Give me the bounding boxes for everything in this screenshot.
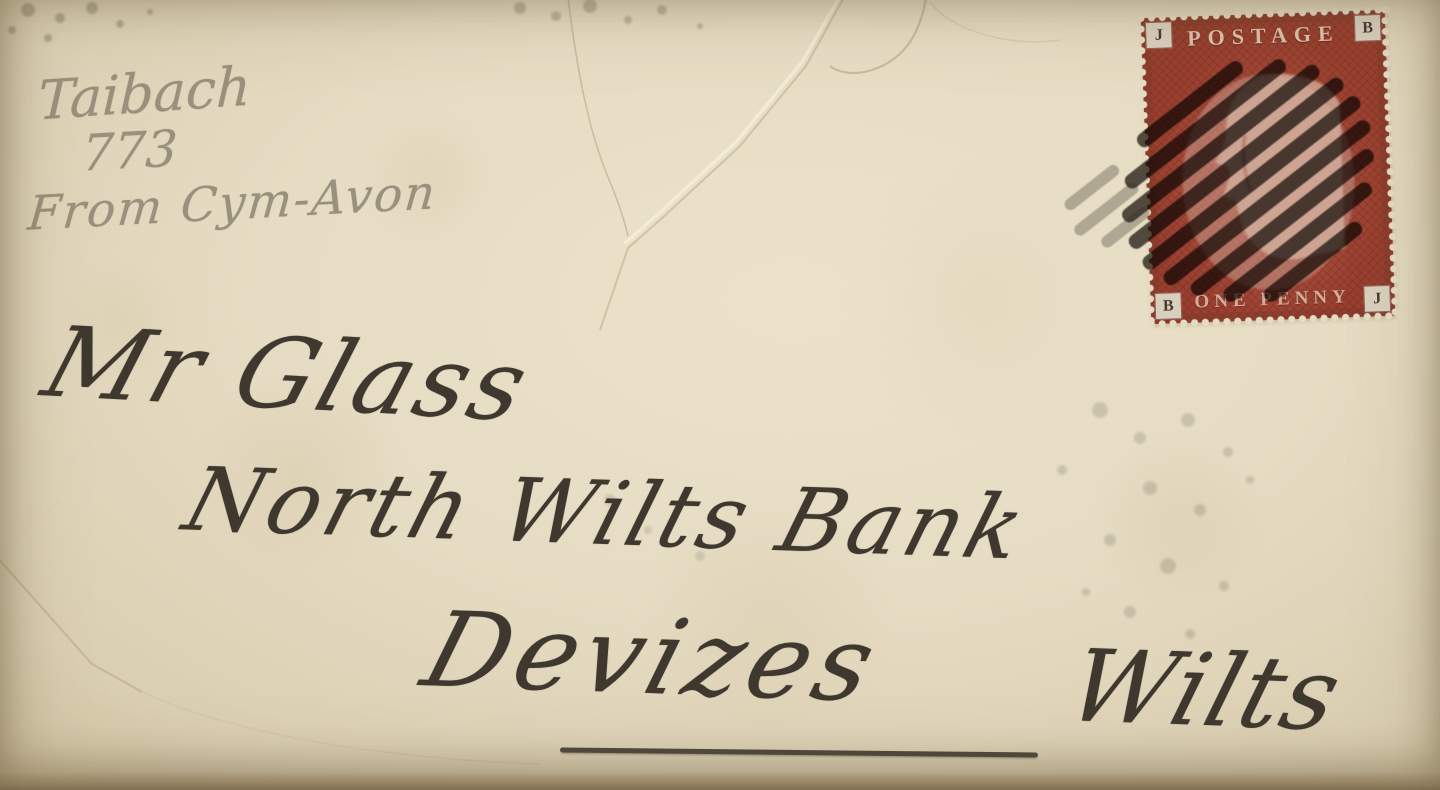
crease-left-edge	[0, 500, 60, 556]
queen-victoria-portrait	[1141, 10, 1396, 324]
smudge-top-centre	[514, 0, 703, 29]
tear-line-2	[930, 2, 1060, 42]
stamp-corner-letter-br: J	[1363, 285, 1391, 313]
address-town: Devizes	[411, 589, 894, 726]
crease-left	[568, 0, 628, 236]
stamp-corner-letter-tl: J	[1145, 21, 1173, 49]
address-recipient: Mr Glass	[31, 306, 544, 443]
crease-highlight	[624, 0, 840, 244]
envelope-bottom-edge	[0, 772, 1440, 790]
smudge-right-middle	[1057, 402, 1254, 639]
smudge-top-left	[8, 2, 153, 42]
town-underline	[560, 747, 1038, 757]
crease-shadow	[600, 0, 843, 330]
stamp-corner-letter-bl: B	[1154, 292, 1182, 320]
cancel-overstrike-left	[1056, 160, 1157, 258]
address-bank: North Wilts Bank	[174, 448, 1040, 579]
tear-line	[830, 0, 926, 73]
pencil-note-number: 773	[81, 119, 179, 182]
address-county: Wilts	[1055, 628, 1355, 753]
penny-red-stamp: POSTAGE ONE PENNY J B B J	[1141, 10, 1396, 324]
crease-bottom-left	[0, 556, 142, 692]
stamp-corner-letter-tr: B	[1354, 14, 1382, 42]
envelope: Taibach 773 From Cym-Avon Mr Glass North…	[0, 0, 1440, 790]
